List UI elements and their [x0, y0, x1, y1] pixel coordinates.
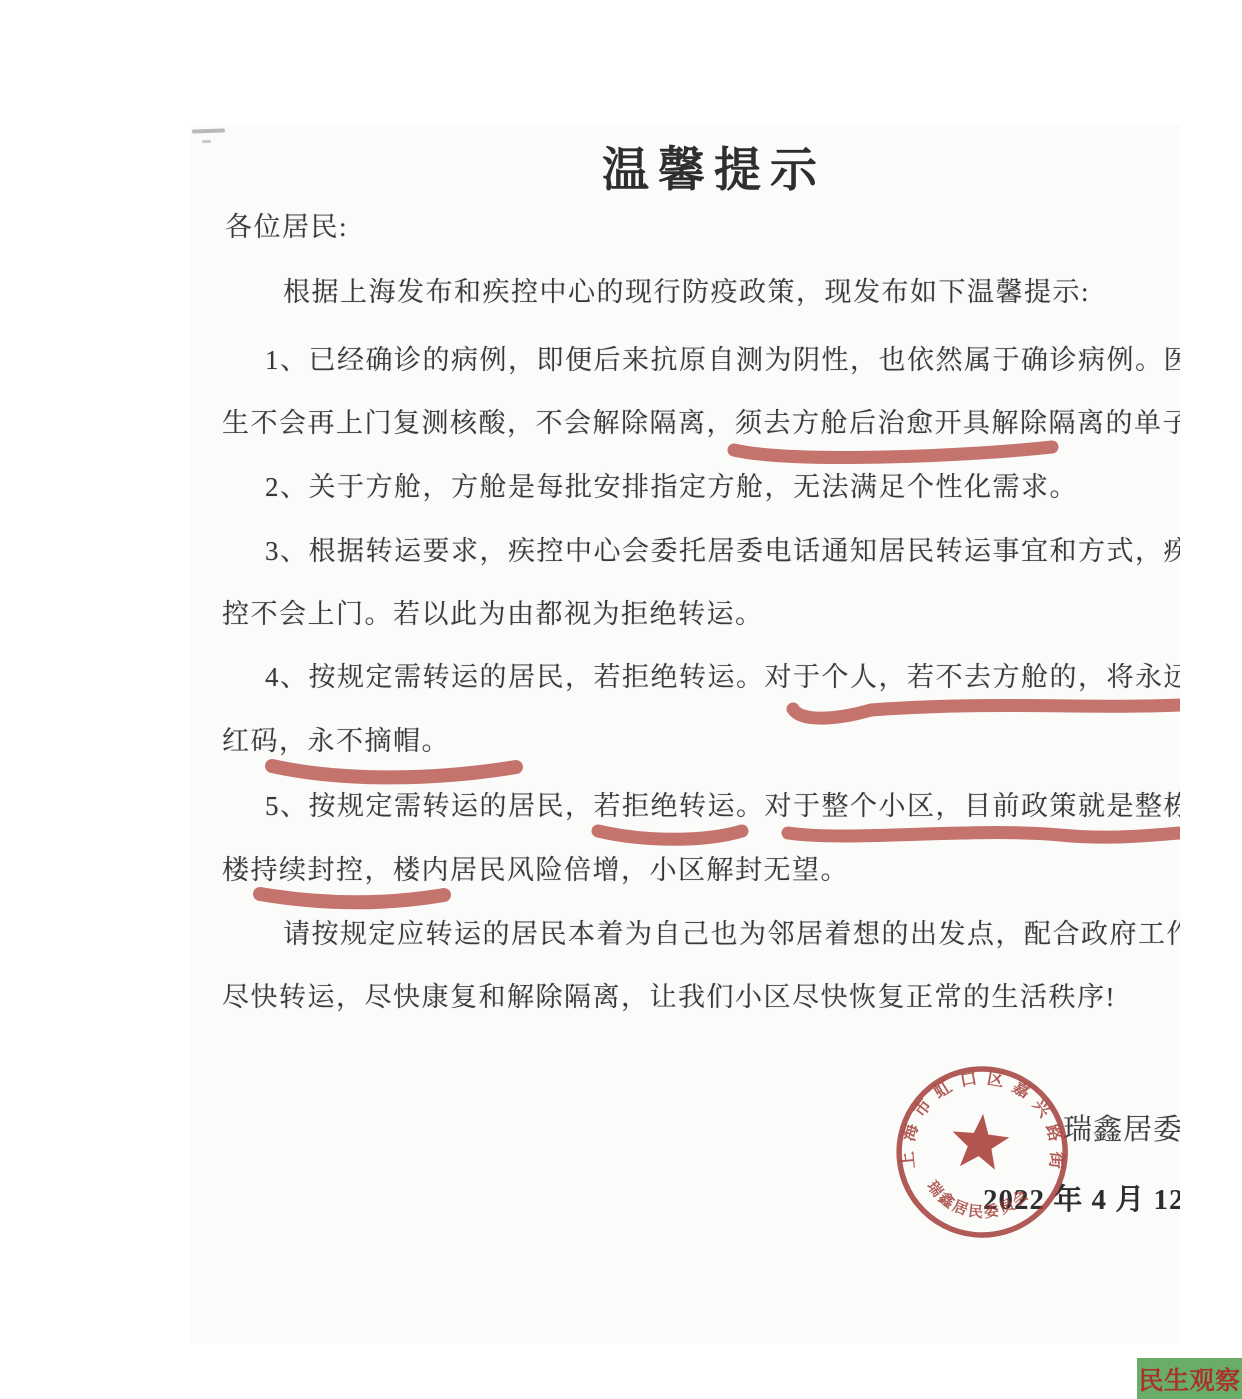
notice-line-3a: 3、根据转运要求，疾控中心会委托居委电话通知居民转运事宜和方式，疾 [265, 536, 1180, 567]
notice-line-4a: 4、按规定需转运的居民，若拒绝转运。对于个人，若不去方舱的，将永远 [265, 662, 1180, 693]
red-underline-5 [788, 833, 1180, 838]
official-seal: 上海市虹口区嘉兴路街道 瑞鑫居民委员会 [872, 1041, 1092, 1266]
intro-line: 根据上海发布和疾控中心的现行防疫政策，现发布如下温馨提示: [283, 277, 1090, 308]
notice-line-1a: 1、已经确诊的病例，即便后来抗原自测为阴性，也依然属于确诊病例。医 [265, 345, 1180, 376]
star-icon [949, 1111, 1011, 1171]
red-underline-6 [260, 894, 444, 902]
red-underline-2 [793, 705, 1180, 718]
red-underline-4 [598, 831, 742, 839]
notice-line-5b: 楼持续封控，楼内居民风险倍增，小区解封无望。 [222, 855, 849, 886]
notice-document: 温馨提示 各位居民: 根据上海发布和疾控中心的现行防疫政策，现发布如下温馨提示:… [190, 125, 1180, 1343]
page: { "colors": { "underline_red": "#b8544e"… [0, 0, 1242, 1399]
notice-line-4b: 红码，永不摘帽。 [222, 726, 450, 757]
page-title: 温馨提示 [190, 133, 1180, 200]
watermark-badge: 民生观察 [1137, 1358, 1242, 1399]
red-underline-3 [272, 766, 516, 777]
notice-line-6a: 请按规定应转运的居民本着为自己也为邻居着想的出发点，配合政府工作， [283, 919, 1180, 950]
seal-ring-text: 上海市虹口区嘉兴路街道 [872, 1041, 1079, 1187]
notice-line-5a: 5、按规定需转运的居民，若拒绝转运。对于整个小区，目前政策就是整栋 [265, 791, 1180, 822]
notice-line-2: 2、关于方舱，方舱是每批安排指定方舱，无法满足个性化需求。 [265, 472, 1078, 503]
notice-line-3b: 控不会上门。若以此为由都视为拒绝转运。 [222, 599, 764, 630]
notice-line-1b: 生不会再上门复测核酸，不会解除隔离，须去方舱后治愈开具解除隔离的单子 [222, 408, 1180, 439]
salutation: 各位居民: [225, 212, 348, 243]
watermark-text: 民生观察 [1138, 1361, 1240, 1397]
notice-line-6b: 尽快转运，尽快康复和解除隔离，让我们小区尽快恢复正常的生活秩序! [222, 982, 1116, 1013]
red-underline-1 [734, 447, 1052, 457]
